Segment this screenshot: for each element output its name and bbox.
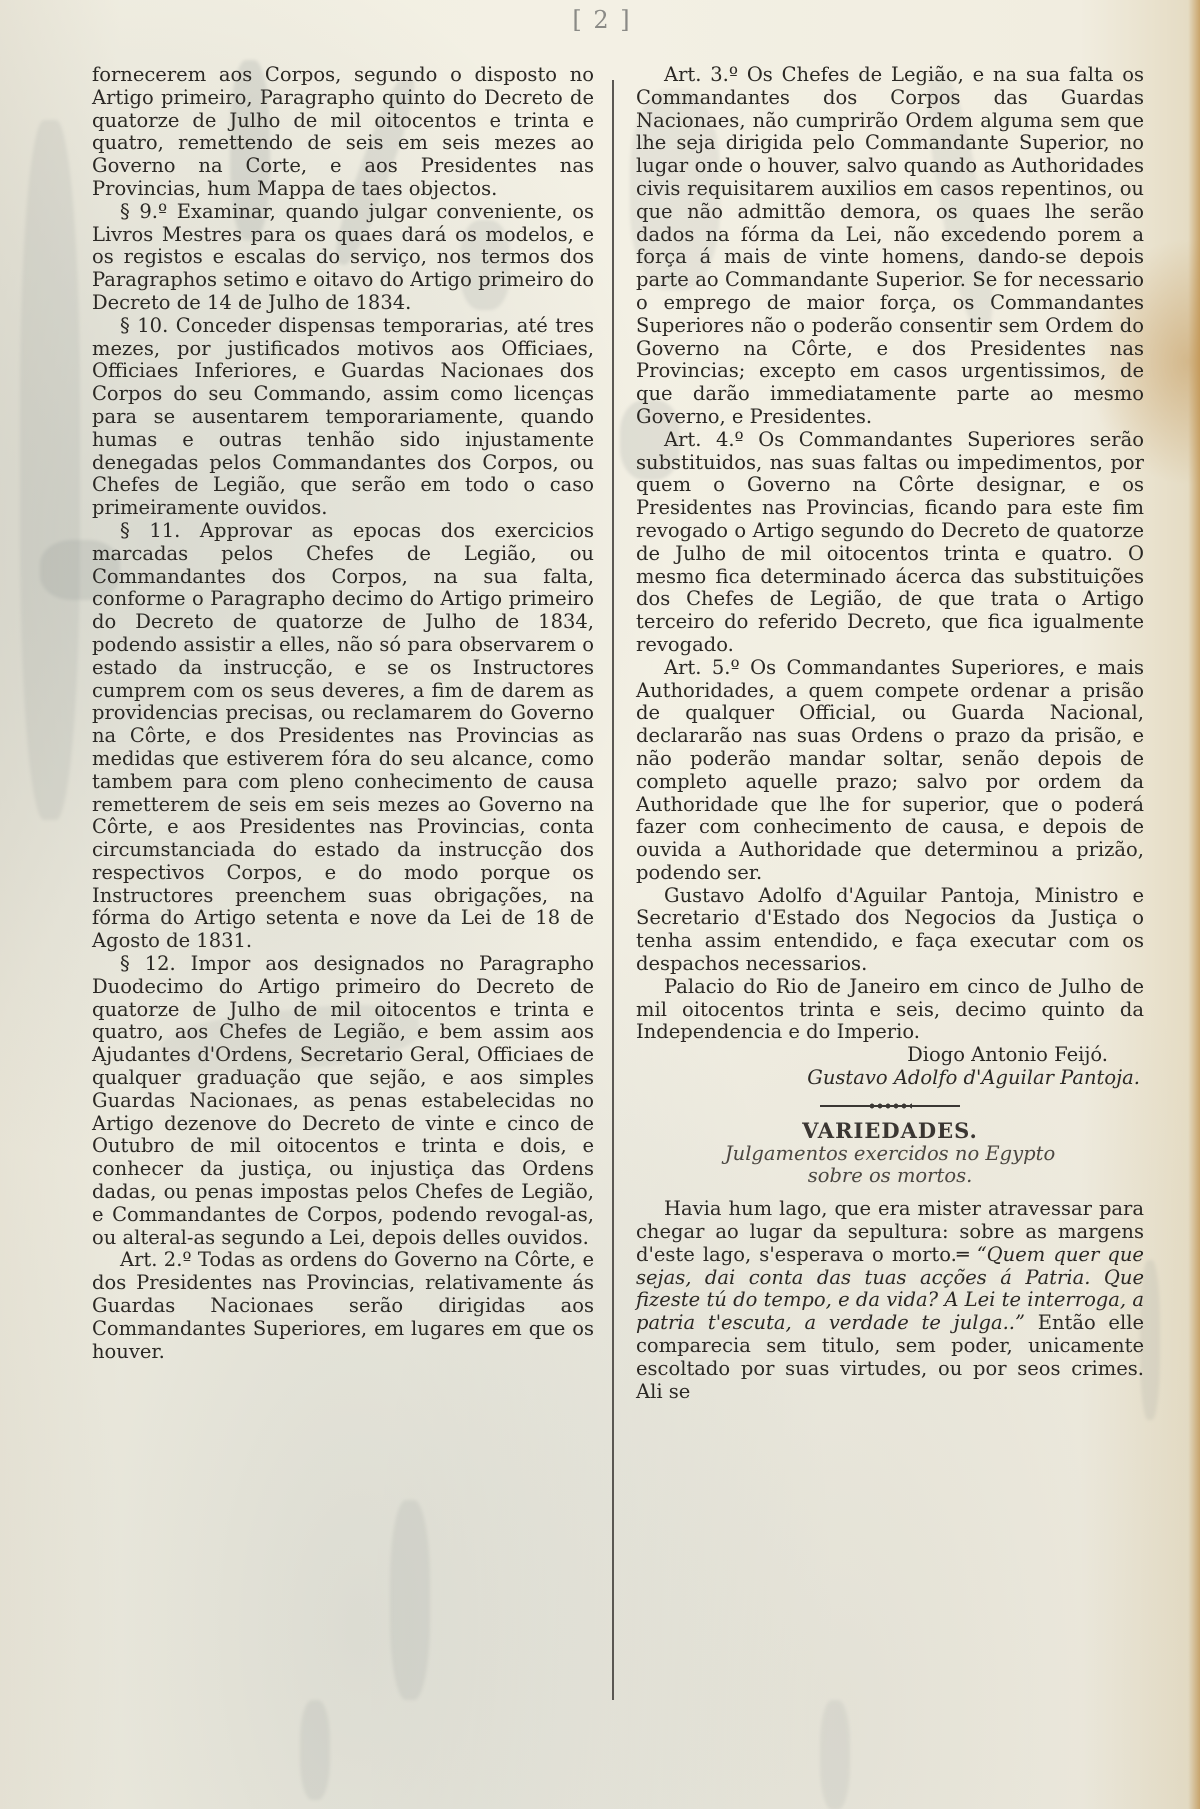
right-column: Art. 3.º Os Chefes de Legião, e na sua f… — [636, 64, 1144, 1403]
paragraph-section-10: § 10. Conceder dispensas temporarias, at… — [92, 315, 594, 520]
newspaper-page: [ 2 ] fornecerem aos Corpos, segundo o d… — [0, 0, 1200, 1809]
ornamental-rule — [820, 1102, 960, 1110]
water-stain — [20, 120, 80, 820]
paragraph-article-3: Art. 3.º Os Chefes de Legião, e na sua f… — [636, 64, 1144, 429]
paragraph-continuation: fornecerem aos Corpos, segundo o dispost… — [92, 64, 594, 201]
paragraph-dateline: Palacio do Rio de Janeiro em cinco de Ju… — [636, 976, 1144, 1044]
paragraph-egypt-body: Havia hum lago, que era mister atravessa… — [636, 1198, 1144, 1403]
column-divider — [612, 80, 614, 1700]
page-number: [ 2 ] — [562, 6, 642, 34]
paragraph-section-9: § 9.º Examinar, quando julgar convenient… — [92, 201, 594, 315]
signature-pantoja: Gustavo Adolfo d'Aguilar Pantoja. — [636, 1067, 1144, 1090]
water-stain — [390, 1500, 430, 1700]
paragraph-article-4: Art. 4.º Os Commandantes Superiores serã… — [636, 429, 1144, 657]
section-title-variedades: VARIEDADES. — [636, 1120, 1144, 1143]
water-stain — [300, 1700, 330, 1800]
paragraph-minister-order: Gustavo Adolfo d'Aguilar Pantoja, Minist… — [636, 885, 1144, 976]
paragraph-section-11: § 11. Approvar as epocas dos exercicios … — [92, 520, 594, 953]
signature-feijo: Diogo Antonio Feijó. — [636, 1044, 1144, 1067]
section-subtitle-line2: sobre os mortos. — [636, 1165, 1144, 1188]
paragraph-article-2: Art. 2.º Todas as ordens do Governo na C… — [92, 1249, 594, 1363]
paragraph-article-5: Art. 5.º Os Commandantes Superiores, e m… — [636, 657, 1144, 885]
paragraph-section-12: § 12. Impor aos designados no Paragrapho… — [92, 953, 594, 1249]
left-column: fornecerem aos Corpos, segundo o dispost… — [92, 64, 594, 1363]
water-stain — [820, 1700, 850, 1809]
section-subtitle-line1: Julgamentos exercidos no Egypto — [636, 1143, 1144, 1166]
